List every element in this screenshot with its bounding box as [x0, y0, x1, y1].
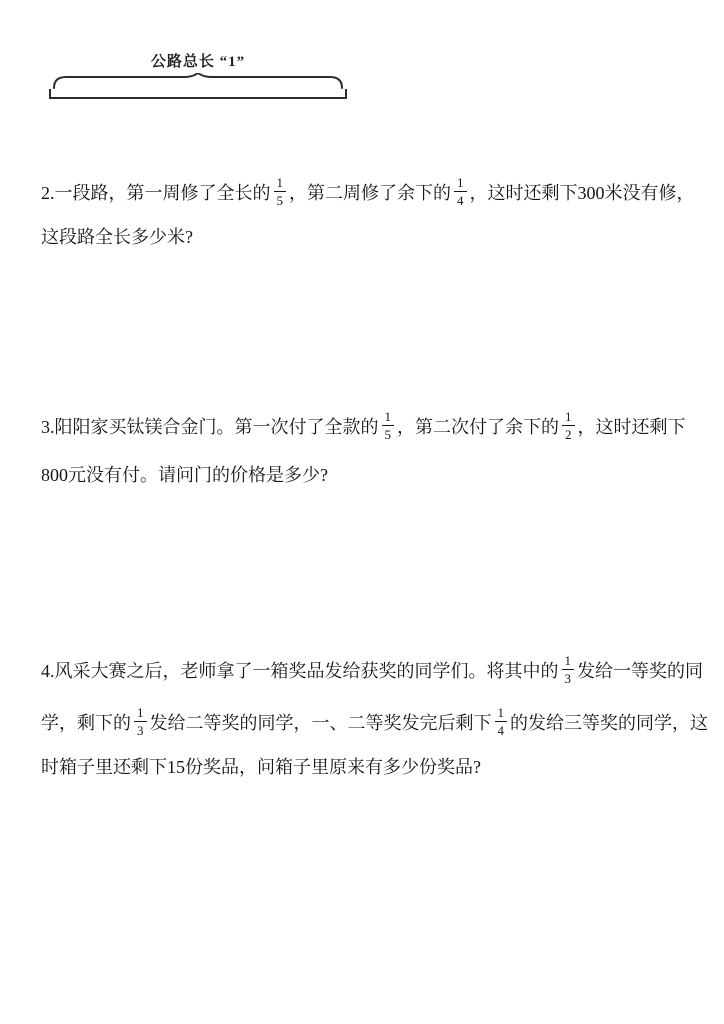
question-4-line-3: 时箱子里还剩下15份奖品，问箱子里原来有多少份奖品? [41, 743, 481, 789]
text-segment: ，第二周修了余下的 [289, 179, 451, 205]
text-segment: 这段路全长多少米? [41, 223, 193, 249]
fraction-numerator: 1 [562, 654, 575, 670]
fraction-denominator: 4 [498, 722, 505, 737]
text-segment: 800元没有付。请问门的价格是多少? [41, 461, 328, 487]
diagram-label: 公路总长 “1” [49, 50, 347, 71]
road-bar [49, 89, 347, 99]
fraction-numerator: 1 [562, 410, 575, 426]
text-segment: 2.一段路，第一周修了全长的 [41, 179, 271, 205]
fraction: 14 [454, 176, 467, 207]
fraction-denominator: 3 [137, 722, 144, 737]
fraction-numerator: 1 [274, 176, 287, 192]
text-segment: 3.阳阳家买钛镁合金门。第一次付了全款的 [41, 413, 379, 439]
text-segment: ，这时还剩下 [578, 413, 686, 439]
fraction-numerator: 1 [134, 706, 147, 722]
question-4-line-2: 学，剩下的13发给二等奖的同学，一、二等奖发完后剩下14的发给三等奖的同学，这 [41, 699, 708, 745]
fraction-denominator: 4 [457, 192, 464, 207]
text-segment: 的发给三等奖的同学，这 [510, 709, 708, 735]
fraction-numerator: 1 [454, 176, 467, 192]
text-segment: 学，剩下的 [41, 709, 131, 735]
fraction: 13 [134, 706, 147, 737]
fraction-denominator: 2 [565, 426, 572, 441]
question-3-line-1: 3.阳阳家买钛镁合金门。第一次付了全款的15，第二次付了余下的12，这时还剩下 [41, 403, 686, 449]
fraction-numerator: 1 [495, 706, 508, 722]
question-2-line-1: 2.一段路，第一周修了全长的15，第二周修了余下的14，这时还剩下300米没有修… [41, 169, 695, 215]
text-segment: 时箱子里还剩下15份奖品，问箱子里原来有多少份奖品? [41, 753, 481, 779]
fraction: 15 [382, 410, 395, 441]
fraction-denominator: 5 [385, 426, 392, 441]
brace-icon [52, 73, 344, 89]
question-2-line-2: 这段路全长多少米? [41, 213, 193, 259]
fraction: 14 [495, 706, 508, 737]
fraction: 12 [562, 410, 575, 441]
fraction: 15 [274, 176, 287, 207]
fraction-numerator: 1 [382, 410, 395, 426]
text-segment: ，第二次付了余下的 [397, 413, 559, 439]
worksheet-page: 公路总长 “1” 2.一段路，第一周修了全长的15，第二周修了余下的14，这时还… [0, 0, 724, 1024]
fraction-denominator: 3 [565, 670, 572, 685]
text-segment: 4.风采大赛之后，老师拿了一箱奖品发给获奖的同学们。将其中的 [41, 657, 559, 683]
fraction: 13 [562, 654, 575, 685]
fraction-denominator: 5 [277, 192, 284, 207]
text-segment: 发给一等奖的同 [577, 657, 703, 683]
text-segment: ，这时还剩下300米没有修， [470, 179, 695, 205]
text-segment: 发给二等奖的同学，一、二等奖发完后剩下 [150, 709, 492, 735]
question-3-line-2: 800元没有付。请问门的价格是多少? [41, 451, 328, 497]
road-length-diagram: 公路总长 “1” [49, 50, 347, 99]
question-4-line-1: 4.风采大赛之后，老师拿了一箱奖品发给获奖的同学们。将其中的13发给一等奖的同 [41, 647, 703, 693]
